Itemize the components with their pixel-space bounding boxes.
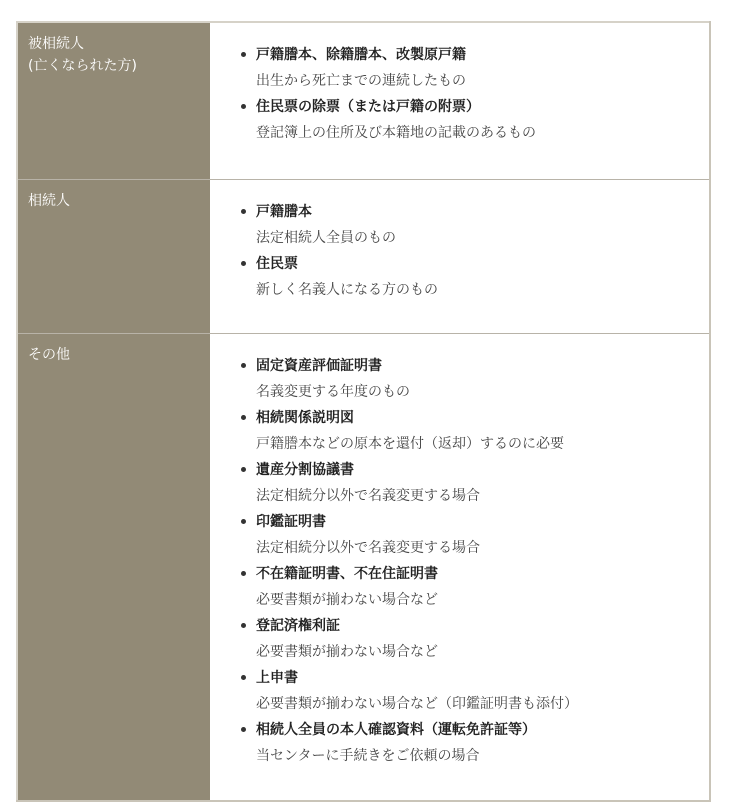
item-description: 法定相続人全員のもの bbox=[256, 225, 697, 252]
document-list: 固定資産評価証明書 名義変更する年度のもの 相続関係説明図 戸籍謄本などの原本を… bbox=[240, 354, 697, 770]
document-list: 戸籍謄本、除籍謄本、改製原戸籍 出生から死亡までの連続したもの 住民票の除票（ま… bbox=[240, 43, 697, 147]
required-documents-table: 被相続人 (亡くなられた方) 戸籍謄本、除籍謄本、改製原戸籍 出生から死亡までの… bbox=[16, 21, 711, 802]
list-item: 不在籍証明書、不在住証明書 必要書類が揃わない場合など bbox=[240, 562, 697, 614]
row-header-heirs: 相続人 bbox=[17, 179, 210, 333]
list-item: 住民票の除票（または戸籍の附票） 登記簿上の住所及び本籍地の記載のあるもの bbox=[240, 95, 697, 147]
item-title: 戸籍謄本 bbox=[256, 200, 697, 225]
item-description: 登記簿上の住所及び本籍地の記載のあるもの bbox=[256, 120, 697, 147]
item-description: 必要書類が揃わない場合など（印鑑証明書も添付） bbox=[256, 691, 697, 718]
list-item: 固定資産評価証明書 名義変更する年度のもの bbox=[240, 354, 697, 406]
table-row-decedent: 被相続人 (亡くなられた方) 戸籍謄本、除籍謄本、改製原戸籍 出生から死亡までの… bbox=[17, 22, 710, 179]
item-description: 戸籍謄本などの原本を還付（返却）するのに必要 bbox=[256, 431, 697, 458]
item-description: 必要書類が揃わない場合など bbox=[256, 639, 697, 666]
item-title: 固定資産評価証明書 bbox=[256, 354, 697, 379]
list-item: 遺産分割協議書 法定相続分以外で名義変更する場合 bbox=[240, 458, 697, 510]
item-title: 登記済権利証 bbox=[256, 614, 697, 639]
item-title: 上申書 bbox=[256, 666, 697, 691]
item-title: 不在籍証明書、不在住証明書 bbox=[256, 562, 697, 587]
item-title: 住民票 bbox=[256, 252, 697, 277]
item-description: 法定相続分以外で名義変更する場合 bbox=[256, 483, 697, 510]
list-item: 印鑑証明書 法定相続分以外で名義変更する場合 bbox=[240, 510, 697, 562]
row-header-sublabel: (亡くなられた方) bbox=[28, 55, 200, 77]
item-description: 名義変更する年度のもの bbox=[256, 379, 697, 406]
item-title: 相続関係説明図 bbox=[256, 406, 697, 431]
item-title: 相続人全員の本人確認資料（運転免許証等） bbox=[256, 718, 697, 743]
row-header-label: 相続人 bbox=[28, 190, 200, 212]
item-title: 住民票の除票（または戸籍の附票） bbox=[256, 95, 697, 120]
row-header-label: 被相続人 bbox=[28, 33, 200, 55]
item-title: 戸籍謄本、除籍謄本、改製原戸籍 bbox=[256, 43, 697, 68]
item-description: 当センターに手続きをご依頼の場合 bbox=[256, 743, 697, 770]
row-content-decedent: 戸籍謄本、除籍謄本、改製原戸籍 出生から死亡までの連続したもの 住民票の除票（ま… bbox=[210, 22, 710, 179]
item-description: 新しく名義人になる方のもの bbox=[256, 277, 697, 304]
list-item: 相続関係説明図 戸籍謄本などの原本を還付（返却）するのに必要 bbox=[240, 406, 697, 458]
list-item: 戸籍謄本、除籍謄本、改製原戸籍 出生から死亡までの連続したもの bbox=[240, 43, 697, 95]
list-item: 上申書 必要書類が揃わない場合など（印鑑証明書も添付） bbox=[240, 666, 697, 718]
list-item: 戸籍謄本 法定相続人全員のもの bbox=[240, 200, 697, 252]
row-header-decedent: 被相続人 (亡くなられた方) bbox=[17, 22, 210, 179]
list-item: 相続人全員の本人確認資料（運転免許証等） 当センターに手続きをご依頼の場合 bbox=[240, 718, 697, 770]
item-description: 法定相続分以外で名義変更する場合 bbox=[256, 535, 697, 562]
table-row-other: その他 固定資産評価証明書 名義変更する年度のもの 相続関係説明図 戸籍謄本など… bbox=[17, 333, 710, 801]
list-item: 住民票 新しく名義人になる方のもの bbox=[240, 252, 697, 304]
item-title: 印鑑証明書 bbox=[256, 510, 697, 535]
row-content-other: 固定資産評価証明書 名義変更する年度のもの 相続関係説明図 戸籍謄本などの原本を… bbox=[210, 333, 710, 801]
item-description: 出生から死亡までの連続したもの bbox=[256, 68, 697, 95]
document-list: 戸籍謄本 法定相続人全員のもの 住民票 新しく名義人になる方のもの bbox=[240, 200, 697, 304]
row-content-heirs: 戸籍謄本 法定相続人全員のもの 住民票 新しく名義人になる方のもの bbox=[210, 179, 710, 333]
list-item: 登記済権利証 必要書類が揃わない場合など bbox=[240, 614, 697, 666]
row-header-other: その他 bbox=[17, 333, 210, 801]
row-header-label: その他 bbox=[28, 344, 200, 366]
item-title: 遺産分割協議書 bbox=[256, 458, 697, 483]
item-description: 必要書類が揃わない場合など bbox=[256, 587, 697, 614]
table-row-heirs: 相続人 戸籍謄本 法定相続人全員のもの 住民票 新しく名義人になる方のもの bbox=[17, 179, 710, 333]
